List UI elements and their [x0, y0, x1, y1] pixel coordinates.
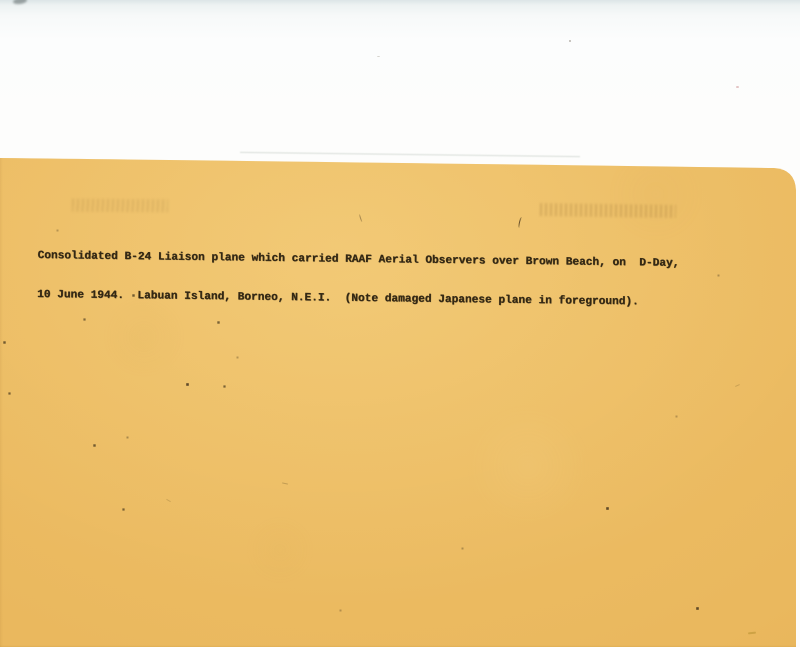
scan-speck — [377, 56, 380, 57]
caption-line-1: Consolidated B-24 Liaison plane which ca… — [38, 250, 680, 271]
typewritten-caption: Consolidated B-24 Liaison plane which ca… — [37, 224, 680, 336]
scan-speck — [736, 86, 739, 88]
caption-line-2: 10 June 1944. Labuan Island, Borneo, N.E… — [37, 289, 679, 310]
scan-speck — [569, 40, 571, 42]
ghost-text-smudge — [72, 199, 168, 213]
paper-edge-shadow — [240, 152, 580, 157]
ghost-text-smudge — [540, 203, 676, 218]
scan-blemish — [13, 0, 28, 5]
